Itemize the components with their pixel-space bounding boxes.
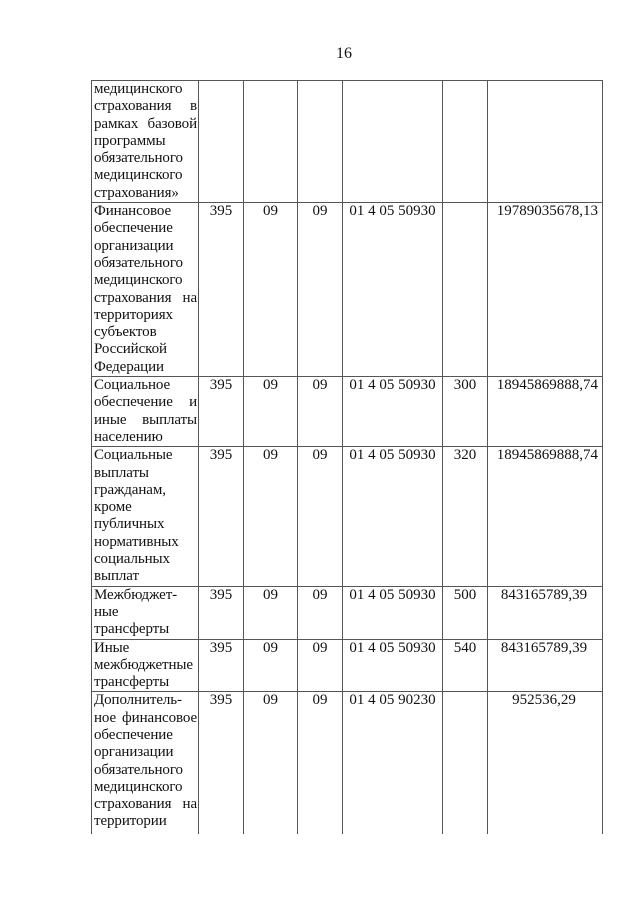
amount: 843165789,39 [488,586,603,639]
section-code [244,81,298,203]
section-code: 09 [244,586,298,639]
section-code: 09 [244,692,298,834]
amount: 18945869888,74 [488,377,603,447]
table-row: Финансовое обеспечение организации обяза… [92,203,603,377]
page-number: 16 [0,45,640,63]
table-row: медицинского страхования в рамках базово… [92,81,603,203]
table-row: Социальные выплаты гражданам, кроме публ… [92,447,603,586]
table-row: Социальное обеспечение и иные выплаты на… [92,377,603,447]
expense-type-code: 320 [443,447,488,586]
expense-type-code: 300 [443,377,488,447]
item-name: Социальное обеспечение и иные выплаты на… [92,377,199,447]
glav-code: 395 [199,447,244,586]
expense-type-code [443,692,488,834]
expense-type-code: 500 [443,586,488,639]
section-code: 09 [244,377,298,447]
table-row: Дополнитель-ное финансовое обеспечение о… [92,692,603,834]
glav-code [199,81,244,203]
section-code: 09 [244,639,298,692]
subsection-code: 09 [298,639,343,692]
target-article-code: 01 4 05 50930 [343,377,443,447]
amount [488,81,603,203]
amount: 18945869888,74 [488,447,603,586]
subsection-code: 09 [298,586,343,639]
item-name: медицинского страхования в рамках базово… [92,81,199,203]
subsection-code: 09 [298,447,343,586]
glav-code: 395 [199,639,244,692]
target-article-code: 01 4 05 50930 [343,203,443,377]
expense-type-code: 540 [443,639,488,692]
table-row: Межбюджет-ные трансферты 395 09 09 01 4 … [92,586,603,639]
expense-type-code [443,203,488,377]
target-article-code: 01 4 05 50930 [343,586,443,639]
glav-code: 395 [199,586,244,639]
item-name: Иные межбюджетные трансферты [92,639,199,692]
section-code: 09 [244,447,298,586]
amount: 843165789,39 [488,639,603,692]
section-code: 09 [244,203,298,377]
subsection-code [298,81,343,203]
target-article-code: 01 4 05 50930 [343,639,443,692]
amount: 952536,29 [488,692,603,834]
table-row: Иные межбюджетные трансферты 395 09 09 0… [92,639,603,692]
target-article-code [343,81,443,203]
item-name: Межбюджет-ные трансферты [92,586,199,639]
glav-code: 395 [199,692,244,834]
target-article-code: 01 4 05 50930 [343,447,443,586]
glav-code: 395 [199,203,244,377]
budget-table: медицинского страхования в рамках базово… [91,80,603,834]
target-article-code: 01 4 05 90230 [343,692,443,834]
expense-type-code [443,81,488,203]
item-name: Социальные выплаты гражданам, кроме публ… [92,447,199,586]
subsection-code: 09 [298,692,343,834]
amount: 19789035678,13 [488,203,603,377]
subsection-code: 09 [298,377,343,447]
item-name: Финансовое обеспечение организации обяза… [92,203,199,377]
subsection-code: 09 [298,203,343,377]
item-name: Дополнитель-ное финансовое обеспечение о… [92,692,199,834]
glav-code: 395 [199,377,244,447]
